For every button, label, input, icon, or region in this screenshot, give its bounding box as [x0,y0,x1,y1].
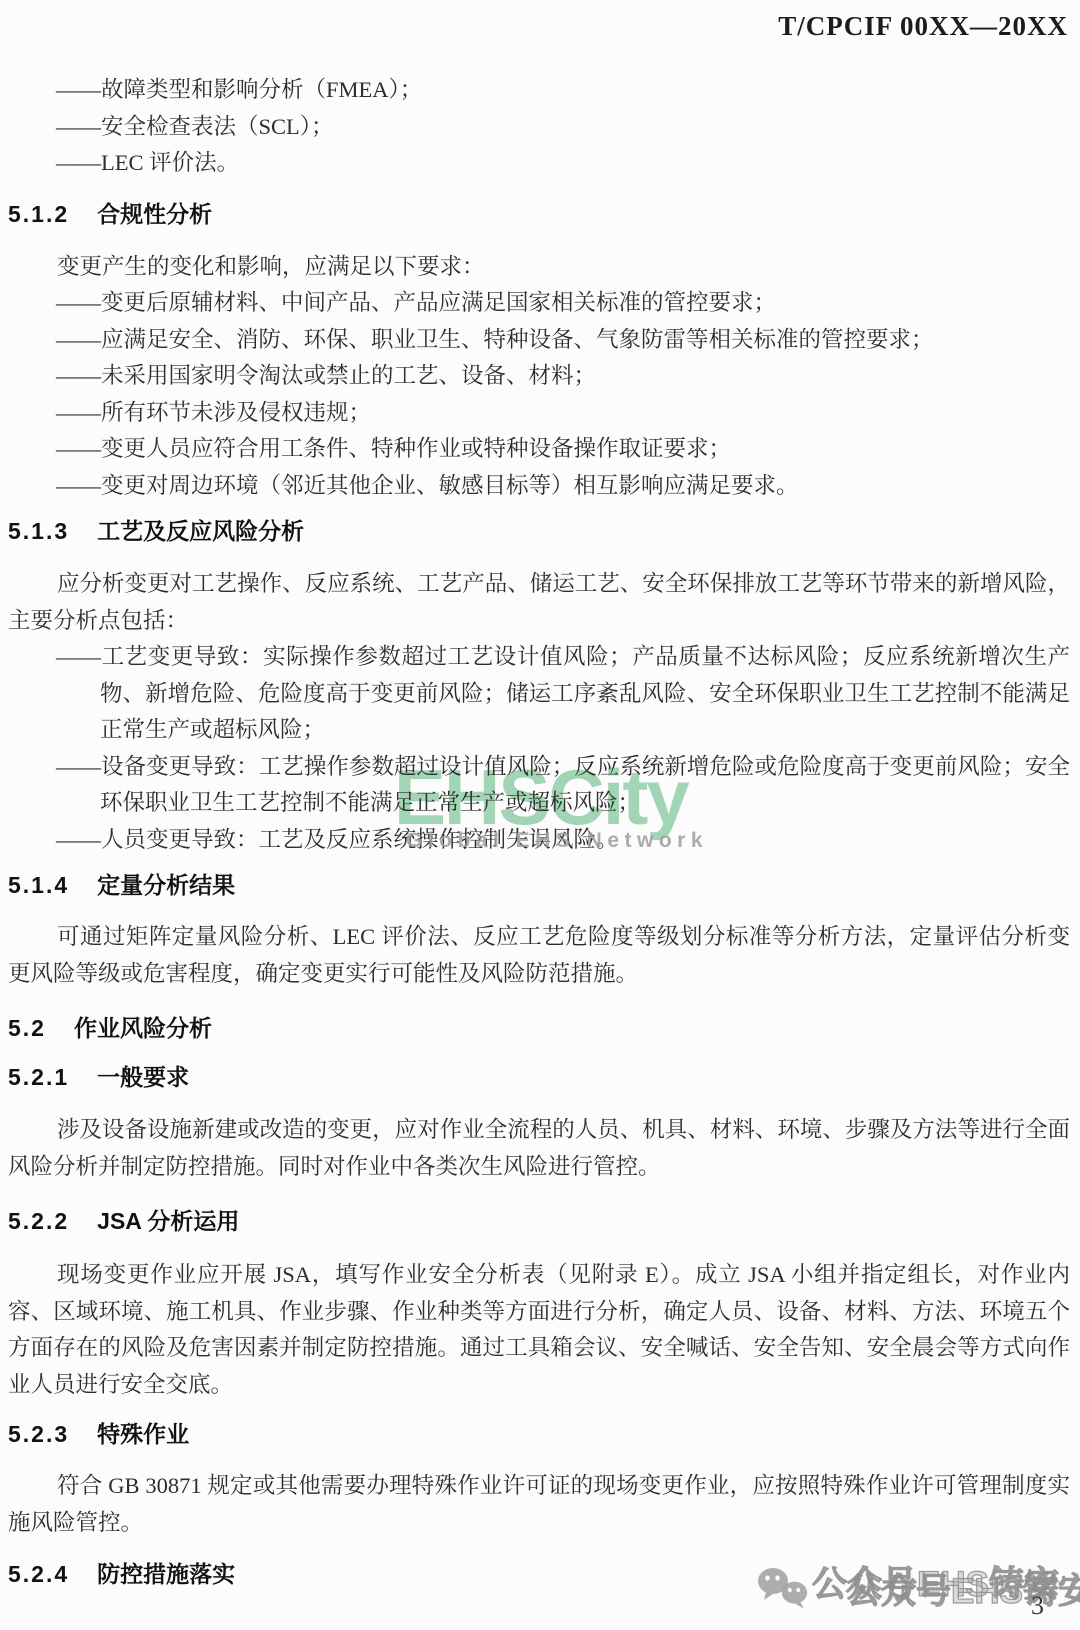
section-title: JSA 分析运用 [97,1208,239,1234]
section-title: 作业风险分析 [74,1015,212,1041]
section-number: 5.2.3 [8,1421,69,1447]
method-list-item: ——安全检查表法（SCL）； [8,109,1070,146]
section-title: 防控措施落实 [97,1561,235,1587]
section-heading-5-2-2: 5.2.2JSA 分析运用 [8,1205,1070,1237]
ehscity-watermark-subtext: Global EHS Network [406,828,708,854]
requirement-list-item: ——应满足安全、消防、环保、职业卫生、特种设备、气象防雷等相关标准的管控要求； [8,322,1070,359]
wechat-icon [780,1580,814,1612]
wechat-account-watermark: 公众号EHS铸安 [846,1572,1080,1612]
section-body-paragraph: 符合 GB 30871 规定或其他需要办理特殊作业许可证的现场变更作业，应按照特… [8,1468,1070,1541]
section-heading-5-1-3: 5.1.3工艺及反应风险分析 [8,515,1070,547]
section-title: 工艺及反应风险分析 [97,518,304,544]
section-body-paragraph: 可通过矩阵定量风险分析、LEC 评价法、反应工艺危险度等级划分标准等分析方法，定… [8,919,1070,992]
section-heading-5-2-1: 5.2.1一般要求 [8,1061,1070,1093]
risk-list-item: ——设备变更导致：工艺操作参数超过设计值风险；反应系统新增危险或危险度高于变更前… [8,749,1070,822]
section-lead-paragraph: 应分析变更对工艺操作、反应系统、工艺产品、储运工艺、安全环保排放工艺等环节带来的… [8,566,1070,639]
section-heading-5-1-2: 5.1.2合规性分析 [8,198,1070,230]
section-title: 定量分析结果 [97,872,235,898]
section-body-paragraph: 涉及设备设施新建或改造的变更，应对作业全流程的人员、机具、材料、环境、步骤及方法… [8,1112,1070,1185]
section-number: 5.1.2 [8,201,69,227]
section-title: 合规性分析 [97,201,212,227]
risk-list-item: ——工艺变更导致：实际操作参数超过工艺设计值风险；产品质量不达标风险；反应系统新… [8,639,1070,749]
section-number: 5.2.2 [8,1208,69,1234]
section-number: 5.1.3 [8,518,69,544]
requirement-list-item: ——变更后原辅材料、中间产品、产品应满足国家相关标准的管控要求； [8,285,1070,322]
requirement-list-item: ——变更人员应符合用工条件、特种作业或特种设备操作取证要求； [8,431,1070,468]
section-heading-5-2: 5.2作业风险分析 [8,1012,1070,1044]
section-number: 5.1.4 [8,872,69,898]
section-number: 5.2.4 [8,1561,69,1587]
requirement-list-item: ——未采用国家明令淘汰或禁止的工艺、设备、材料； [8,358,1070,395]
section-title: 特殊作业 [97,1421,189,1447]
section-body-paragraph: 现场变更作业应开展 JSA，填写作业安全分析表（见附录 E）。成立 JSA 小组… [8,1257,1070,1403]
document-page: T/CPCIF 00XX—20XX EHSCity Global EHS Net… [0,0,1080,1630]
section-title: 一般要求 [97,1064,189,1090]
method-list-item: ——LEC 评价法。 [8,145,1070,182]
section-heading-5-1-4: 5.1.4定量分析结果 [8,869,1070,901]
document-body: ——故障类型和影响分析（FMEA）； ——安全检查表法（SCL）； ——LEC … [8,0,1070,1590]
requirement-list-item: ——变更对周边环境（邻近其他企业、敏感目标等）相互影响应满足要求。 [8,468,1070,505]
section-heading-5-2-3: 5.2.3特殊作业 [8,1418,1070,1450]
section-number: 5.2 [8,1015,46,1041]
method-list-item: ——故障类型和影响分析（FMEA）； [8,72,1070,109]
section-lead-paragraph: 变更产生的变化和影响，应满足以下要求： [8,249,1070,286]
requirement-list-item: ——所有环节未涉及侵权违规； [8,395,1070,432]
page-number: 3 [1031,1588,1044,1625]
section-number: 5.2.1 [8,1064,69,1090]
